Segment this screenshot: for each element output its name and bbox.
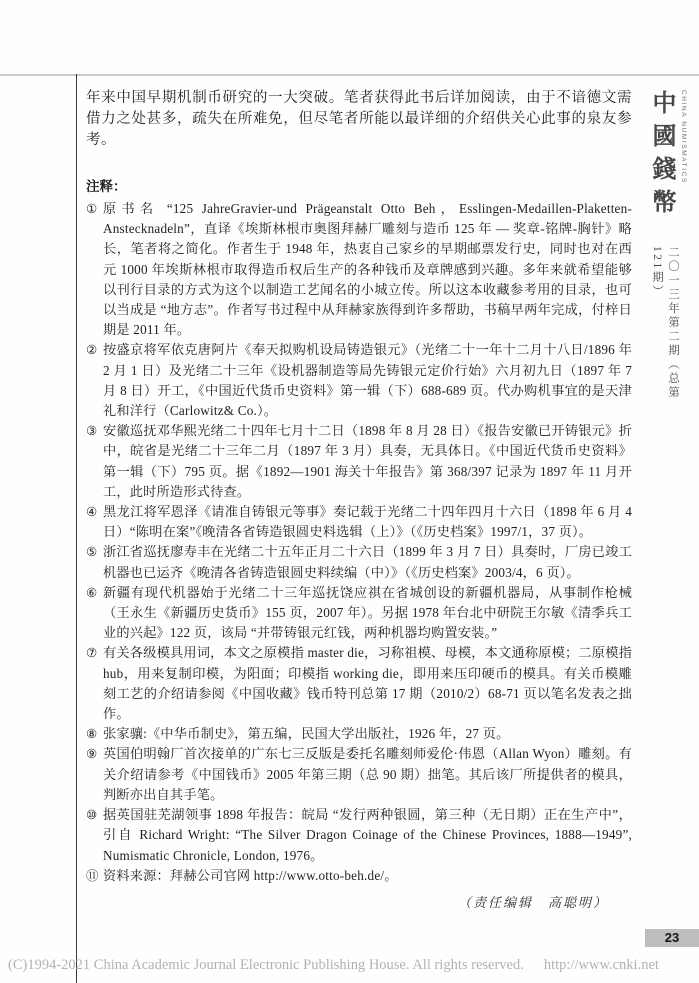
footnotes-list: ①原书名 “125 JahreGravier-und Prägeanstalt … bbox=[86, 199, 632, 886]
footnote-8: ⑧张家骧:《中华币制史》，第五编，民国大学出版社，1926 年，27 页。 bbox=[86, 724, 632, 744]
footnote-6: ⑥新疆有现代机器始于光绪二十三年巡抚饶应祺在省城创设的新疆机器局，从事制作枪械（… bbox=[86, 583, 632, 644]
footnote-text: 浙江省巡抚廖寿丰在光绪二十五年正月二十六日（1899 年 3 月 7 日）具奏时… bbox=[103, 544, 632, 579]
footnote-1: ①原书名 “125 JahreGravier-und Prägeanstalt … bbox=[86, 199, 632, 340]
copyright-text: (C)1994-2021 China Academic Journal Elec… bbox=[8, 957, 524, 973]
footnote-text: 资料来源：拜赫公司官网 http://www.otto-beh.de/。 bbox=[103, 868, 398, 883]
footnote-text: 有关各级模具用词，本文之原模指 master die，习称祖模、母模，本文通称原… bbox=[103, 645, 632, 721]
footnote-marker: ⑨ bbox=[86, 744, 97, 764]
footnote-marker: ② bbox=[86, 340, 97, 360]
body-paragraph: 年来中国早期机制币研究的一大突破。笔者获得此书后详加阅读，由于不谙德文需借力之处… bbox=[86, 88, 632, 151]
cnki-url: http://www.cnki.net bbox=[544, 957, 659, 973]
footnote-text: 原书名 “125 JahreGravier-und Prägeanstalt O… bbox=[103, 201, 632, 337]
footnote-marker: ⑤ bbox=[86, 542, 97, 562]
notes-heading: 注释： bbox=[86, 178, 632, 196]
copyright-line: (C)1994-2021 China Academic Journal Elec… bbox=[8, 957, 688, 974]
footnote-3: ③安徽巡抚邓华熙光绪二十四年七月十二日（1898 年 8 月 28 日）《报告安… bbox=[86, 421, 632, 502]
footnote-9: ⑨英国伯明翰厂首次接单的广东七三反版是委托名雕刻师爱伦·伟恩（Allan Wyo… bbox=[86, 744, 632, 805]
footnote-marker: ① bbox=[86, 199, 97, 219]
footnote-text: 据英国驻芜湖领事 1898 年报告：皖局 “发行两种银圆，第三种（无日期）正在生… bbox=[103, 807, 632, 862]
journal-title-calligraphy: 中國錢幣 bbox=[644, 90, 679, 240]
footnote-2: ②按盛京将军依克唐阿片《奉天拟购机设局铸造银元》（光绪二十一年十二月十八日/18… bbox=[86, 340, 632, 421]
footnote-marker: ④ bbox=[86, 502, 97, 522]
footnote-marker: ⑪ bbox=[86, 866, 99, 886]
top-divider-rule bbox=[0, 74, 699, 76]
footnote-text: 新疆有现代机器始于光绪二十三年巡抚饶应祺在省城创设的新疆机器局，从事制作枪械（王… bbox=[103, 585, 632, 640]
footnote-marker: ⑥ bbox=[86, 583, 97, 603]
journal-page: 年来中国早期机制币研究的一大突破。笔者获得此书后详加阅读，由于不谙德文需借力之处… bbox=[0, 0, 699, 983]
footnote-5: ⑤浙江省巡抚廖寿丰在光绪二十五年正月二十六日（1899 年 3 月 7 日）具奏… bbox=[86, 542, 632, 582]
footnote-11: ⑪资料来源：拜赫公司官网 http://www.otto-beh.de/。 bbox=[86, 866, 632, 886]
footnote-10: ⑩据英国驻芜湖领事 1898 年报告：皖局 “发行两种银圆，第三种（无日期）正在… bbox=[86, 805, 632, 866]
left-margin-rule bbox=[76, 74, 77, 983]
page-number-badge: 23 bbox=[645, 929, 699, 947]
footnote-text: 按盛京将军依克唐阿片《奉天拟购机设局铸造银元》（光绪二十一年十二月十八日/189… bbox=[103, 342, 632, 418]
journal-title-english: CHINA NUMISMATICS bbox=[680, 90, 687, 240]
journal-masthead: 中國錢幣 CHINA NUMISMATICS bbox=[644, 90, 687, 240]
footnote-marker: ⑩ bbox=[86, 805, 97, 825]
footnote-marker: ⑧ bbox=[86, 724, 97, 744]
footnote-text: 安徽巡抚邓华熙光绪二十四年七月十二日（1898 年 8 月 28 日）《报告安徽… bbox=[103, 423, 632, 499]
footnote-marker: ③ bbox=[86, 421, 97, 441]
footnote-7: ⑦有关各级模具用词，本文之原模指 master die，习称祖模、母模，本文通称… bbox=[86, 643, 632, 724]
issue-info: 二〇一三年第二期（总第121期） bbox=[649, 246, 681, 411]
footnote-4: ④黑龙江将军恩泽《请准自铸银元等事》奏记载于光绪二十四年四月十六日（1898 年… bbox=[86, 502, 632, 542]
footnote-text: 英国伯明翰厂首次接单的广东七三反版是委托名雕刻师爱伦·伟恩（Allan Wyon… bbox=[103, 746, 632, 801]
footnote-text: 黑龙江将军恩泽《请准自铸银元等事》奏记载于光绪二十四年四月十六日（1898 年 … bbox=[103, 504, 632, 539]
footnote-marker: ⑦ bbox=[86, 643, 97, 663]
footnote-text: 张家骧:《中华币制史》，第五编，民国大学出版社，1926 年，27 页。 bbox=[103, 726, 509, 741]
editor-credit: （责任编辑 高聪明） bbox=[86, 892, 608, 911]
article-content: 年来中国早期机制币研究的一大突破。笔者获得此书后详加阅读，由于不谙德文需借力之处… bbox=[86, 88, 632, 911]
